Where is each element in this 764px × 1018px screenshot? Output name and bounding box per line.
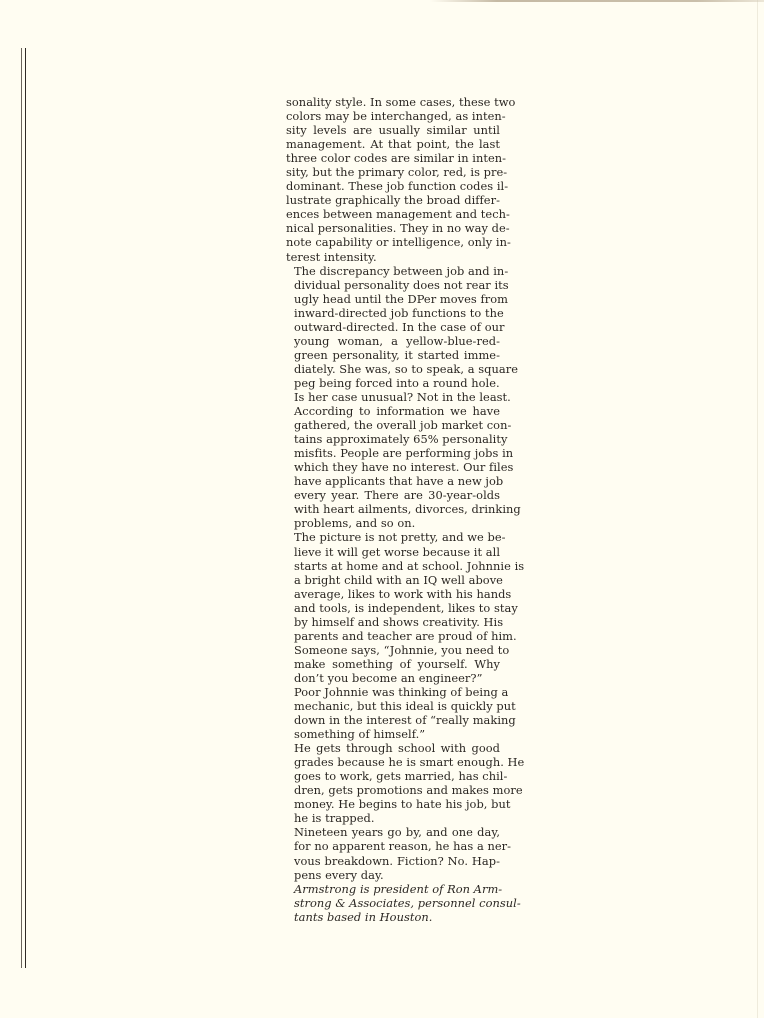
text-line: grades because he is smart enough. He bbox=[286, 755, 500, 769]
text-line: misfits. People are performing jobs in bbox=[286, 446, 500, 460]
text-line: average, likes to work with his hands bbox=[286, 587, 500, 601]
article-paragraph: The discrepancy between job and in-divid… bbox=[286, 264, 500, 390]
text-line: management. At that point, the last bbox=[286, 137, 500, 151]
text-line: gathered, the overall job market con- bbox=[286, 418, 500, 432]
text-line: dividual personality does not rear its bbox=[286, 278, 500, 292]
text-line: The picture is not pretty, and we be- bbox=[286, 530, 500, 544]
text-line: dominant. These job function codes il- bbox=[286, 179, 500, 193]
article-column: sonality style. In some cases, these two… bbox=[286, 95, 500, 924]
text-line: dren, gets promotions and makes more bbox=[286, 783, 500, 797]
text-line: young woman, a yellow-blue-red- bbox=[286, 334, 500, 348]
text-line: something of himself.” bbox=[286, 727, 500, 741]
text-line: parents and teacher are proud of him. bbox=[286, 629, 500, 643]
article-paragraph: sonality style. In some cases, these two… bbox=[286, 95, 500, 264]
text-line: ences between management and tech- bbox=[286, 207, 500, 221]
text-line: pens every day. bbox=[286, 868, 500, 882]
page-right-edge bbox=[757, 0, 758, 1018]
text-line: green personality, it started imme- bbox=[286, 348, 500, 362]
text-line: he is trapped. bbox=[286, 811, 500, 825]
text-line: lieve it will get worse because it all bbox=[286, 545, 500, 559]
article-paragraph: Is her case unusual? Not in the least.Ac… bbox=[286, 390, 500, 530]
text-line: peg being forced into a round hole. bbox=[286, 376, 500, 390]
text-line: tants based in Houston. bbox=[286, 910, 500, 924]
text-line: mechanic, but this ideal is quickly put bbox=[286, 699, 500, 713]
text-line: sity, but the primary color, red, is pre… bbox=[286, 165, 500, 179]
text-line: strong & Associates, personnel consul- bbox=[286, 896, 500, 910]
text-line: have applicants that have a new job bbox=[286, 474, 500, 488]
text-line: money. He begins to hate his job, but bbox=[286, 797, 500, 811]
article-paragraph: The picture is not pretty, and we be-lie… bbox=[286, 530, 500, 685]
text-line: terest intensity. bbox=[286, 250, 500, 264]
text-line: don’t you become an engineer?” bbox=[286, 671, 500, 685]
text-line: starts at home and at school. Johnnie is bbox=[286, 559, 500, 573]
text-line: problems, and so on. bbox=[286, 516, 500, 530]
article-paragraph: Nineteen years go by, and one day,for no… bbox=[286, 825, 500, 881]
author-byline: Armstrong is president of Ron Arm-strong… bbox=[286, 882, 500, 924]
text-line: make something of yourself. Why bbox=[286, 657, 500, 671]
text-line: nical personalities. They in no way de- bbox=[286, 221, 500, 235]
text-line: inward-directed job functions to the bbox=[286, 306, 500, 320]
text-line: Someone says, “Johnnie, you need to bbox=[286, 643, 500, 657]
text-line: with heart ailments, divorces, drinking bbox=[286, 502, 500, 516]
text-line: three color codes are similar in inten- bbox=[286, 151, 500, 165]
text-line: vous breakdown. Fiction? No. Hap- bbox=[286, 854, 500, 868]
text-line: He gets through school with good bbox=[286, 741, 500, 755]
text-line: diately. She was, so to speak, a square bbox=[286, 362, 500, 376]
text-line: and tools, is independent, likes to stay bbox=[286, 601, 500, 615]
column-rule-left bbox=[21, 48, 22, 968]
text-line: lustrate graphically the broad differ- bbox=[286, 193, 500, 207]
text-line: a bright child with an IQ well above bbox=[286, 573, 500, 587]
text-line: Nineteen years go by, and one day, bbox=[286, 825, 500, 839]
article-paragraph: He gets through school with goodgrades b… bbox=[286, 741, 500, 825]
article-paragraph: Poor Johnnie was thinking of being amech… bbox=[286, 685, 500, 741]
text-line: goes to work, gets married, has chil- bbox=[286, 769, 500, 783]
text-line: sity levels are usually similar until bbox=[286, 123, 500, 137]
text-line: for no apparent reason, he has a ner- bbox=[286, 839, 500, 853]
text-line: Poor Johnnie was thinking of being a bbox=[286, 685, 500, 699]
text-line: every year. There are 30-year-olds bbox=[286, 488, 500, 502]
page-top-edge-shadow bbox=[430, 0, 764, 2]
text-line: Is her case unusual? Not in the least. bbox=[286, 390, 500, 404]
text-line: Armstrong is president of Ron Arm- bbox=[286, 882, 500, 896]
text-line: sonality style. In some cases, these two bbox=[286, 95, 500, 109]
column-rule-right bbox=[25, 48, 26, 968]
text-line: which they have no interest. Our files bbox=[286, 460, 500, 474]
text-line: note capability or intelligence, only in… bbox=[286, 235, 500, 249]
text-line: by himself and shows creativity. His bbox=[286, 615, 500, 629]
text-line: outward-directed. In the case of our bbox=[286, 320, 500, 334]
text-line: ugly head until the DPer moves from bbox=[286, 292, 500, 306]
text-line: tains approximately 65% personality bbox=[286, 432, 500, 446]
text-line: colors may be interchanged, as inten- bbox=[286, 109, 500, 123]
text-line: According to information we have bbox=[286, 404, 500, 418]
text-line: down in the interest of “really making bbox=[286, 713, 500, 727]
text-line: The discrepancy between job and in- bbox=[286, 264, 500, 278]
